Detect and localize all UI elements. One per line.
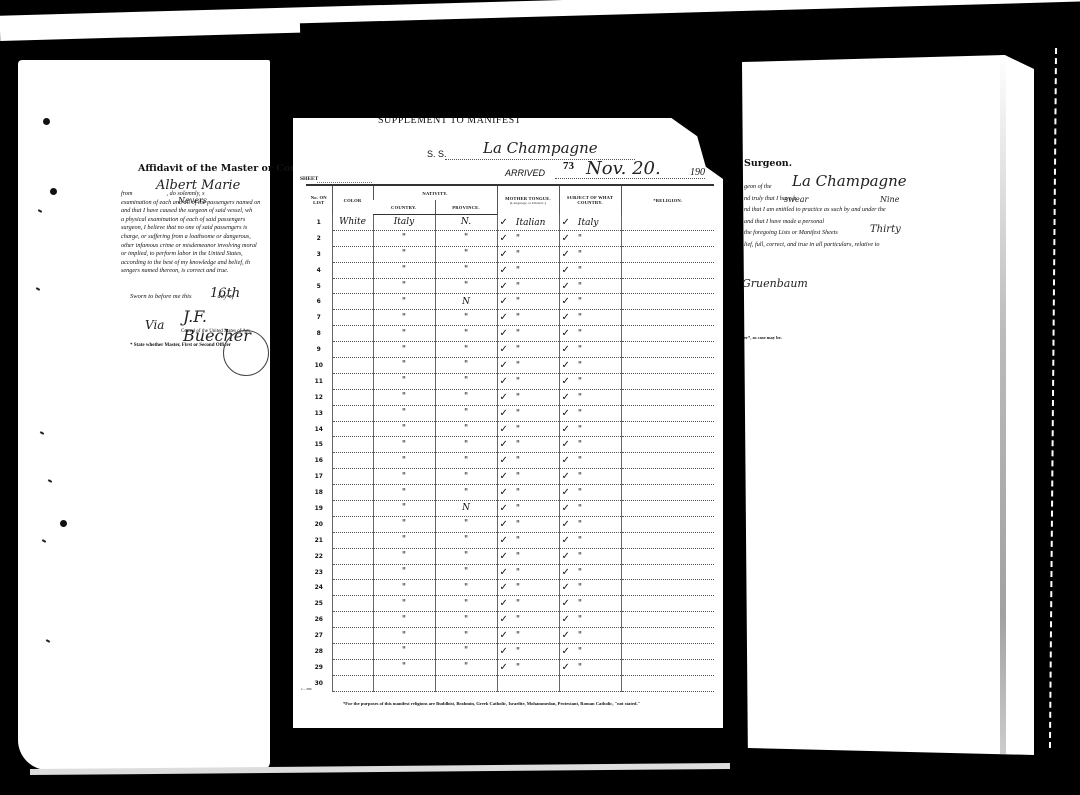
province-cell: " [435,310,497,326]
religion-cell [621,564,714,580]
cell-text: " [516,282,520,292]
check-mark-icon: ✓ [500,455,508,466]
manifest-header: SUPPLEMENT TO MANIFEST [378,115,521,126]
check-mark-icon: ✓ [562,296,570,307]
province-cell: " [435,485,497,501]
province-cell: " [435,278,497,294]
table-row: 5""✓"✓" [306,278,714,294]
color-cell [332,453,373,469]
province-cell: " [435,246,497,262]
color-cell [332,580,373,596]
consular-seal-stamp [223,330,269,376]
speck [46,639,50,643]
check-mark-icon: ✓ [500,582,508,593]
body-line: , do solemnly, s [167,190,205,197]
tongue-cell: ✓" [497,580,559,596]
cell-text: Italian [516,218,545,228]
affidavit-body: from , do solemnly, s examination of eac… [121,190,281,276]
subject-cell: ✓" [559,548,621,564]
row-number: 26 [306,612,332,628]
table-row: 7""✓"✓" [306,310,714,326]
check-mark-icon: ✓ [500,344,508,355]
check-mark-icon: ✓ [562,392,570,403]
check-mark-icon: ✓ [562,249,570,260]
body-line: nd truly that I have b [744,193,934,205]
tongue-cell: ✓" [497,262,559,278]
religion-cell [621,262,714,278]
province-cell: " [435,342,497,358]
table-row: 29""✓"✓" [306,659,714,675]
subject-cell: ✓" [559,564,621,580]
row-number: 14 [306,421,332,437]
officer-note: * State whether Master, First or Second … [130,343,231,348]
religion-cell [621,294,714,310]
check-mark-icon: ✓ [500,646,508,657]
table-row: 14""✓"✓" [306,421,714,437]
cell-text: " [516,409,520,419]
religion-cell [621,548,714,564]
punch-hole [60,520,67,527]
tongue-cell: ✓" [497,246,559,262]
province-cell: " [435,389,497,405]
cell-text: " [578,647,582,657]
subject-cell: ✓" [559,294,621,310]
color-cell [332,246,373,262]
tongue-cell: ✓" [497,342,559,358]
subject-cell: ✓" [559,326,621,342]
row-number: 7 [306,310,332,326]
color-cell [332,262,373,278]
cell-text: " [516,234,520,244]
color-cell [332,389,373,405]
religion-cell [621,230,714,246]
color-cell [332,278,373,294]
color-cell [332,469,373,485]
religion-cell [621,501,714,517]
cell-text: " [578,250,582,260]
cell-text: " [578,615,582,625]
country-cell: " [373,326,435,342]
cell-text: " [578,361,582,371]
country-cell: " [373,373,435,389]
check-mark-icon: ✓ [500,614,508,625]
table-row: 13""✓"✓" [306,405,714,421]
cell-text: " [516,425,520,435]
cell-text: " [516,440,520,450]
table-row: 25""✓"✓" [306,596,714,612]
body-line: and that I have caused the surgeon of sa… [121,207,281,216]
table-row: 16""✓"✓" [306,453,714,469]
punch-hole [43,118,50,125]
country-cell: " [373,596,435,612]
table-row: 21""✓"✓" [306,532,714,548]
check-mark-icon: ✓ [562,455,570,466]
religion-cell [621,358,714,374]
tongue-cell: ✓" [497,358,559,374]
row-number: 4 [306,262,332,278]
check-mark-icon: ✓ [562,471,570,482]
check-mark-icon: ✓ [562,567,570,578]
cell-text: " [578,297,582,307]
passenger-table: No. ON LIST COLOR NATIVITY. MOTHER TONGU… [306,184,714,692]
cell-text: " [516,377,520,387]
check-mark-icon: ✓ [562,598,570,609]
row-number: 1 [306,215,332,231]
color-cell [332,373,373,389]
cell-text: " [578,583,582,593]
body-line: and that I have made a personal [744,216,934,228]
tongue-cell: ✓" [497,405,559,421]
body-line: a physical examination of each of said p… [121,216,281,225]
check-mark-icon: ✓ [500,551,508,562]
country-cell: " [373,310,435,326]
country-cell: " [373,548,435,564]
cell-text: " [578,552,582,562]
table-row: 17""✓"✓" [306,469,714,485]
body-line: surgeon, I believe that no one of said p… [121,224,281,233]
color-cell [332,326,373,342]
check-mark-icon: ✓ [500,535,508,546]
col-province: PROVINCE. [435,200,497,215]
body-line: charge, or suffering from a loathsome or… [121,233,281,242]
check-mark-icon: ✓ [562,424,570,435]
cell-text: " [578,345,582,355]
col-subject-of: SUBJECT OF WHAT COUNTRY. [559,185,621,215]
body-line: geon of the [744,181,934,193]
check-mark-icon: ✓ [500,281,508,292]
tongue-cell: ✓" [497,548,559,564]
cell-text: " [516,552,520,562]
tongue-cell: ✓" [497,644,559,660]
religion-cell [621,310,714,326]
subject-cell: ✓" [559,246,621,262]
surgeon-signature: Gruenbaum [742,277,808,290]
country-cell: " [373,532,435,548]
color-cell [332,644,373,660]
row-number: 10 [306,358,332,374]
check-mark-icon: ✓ [500,598,508,609]
cell-text: " [516,615,520,625]
province-cell: " [435,580,497,596]
check-mark-icon: ✓ [500,217,508,228]
country-cell: " [373,501,435,517]
subject-cell: ✓" [559,485,621,501]
tongue-cell: ✓" [497,612,559,628]
cell-text: " [578,599,582,609]
stamp-number: 73 [563,160,574,172]
country-cell: " [373,659,435,675]
cell-text: " [516,297,520,307]
row-number: 16 [306,453,332,469]
row-number: 6 [306,294,332,310]
province-cell: " [435,326,497,342]
speck [40,431,44,435]
cell-text: " [578,504,582,514]
check-mark-icon: ✓ [562,344,570,355]
form-number: 1—389 [301,687,312,691]
cell-text: " [516,568,520,578]
table-row: 3""✓"✓" [306,246,714,262]
check-mark-icon: ✓ [500,439,508,450]
subject-cell: ✓" [559,278,621,294]
check-mark-icon: ✓ [562,646,570,657]
province-cell: " [435,262,497,278]
cell-text: " [516,504,520,514]
tongue-cell: ✓Italian [497,215,559,231]
province-cell: " [435,405,497,421]
col-color: COLOR [332,185,373,215]
country-cell: " [373,437,435,453]
check-mark-icon: ✓ [500,662,508,673]
province-cell: " [435,659,497,675]
check-mark-icon: ✓ [500,296,508,307]
check-mark-icon: ✓ [500,630,508,641]
subject-cell: ✓" [559,659,621,675]
tongue-cell: ✓" [497,501,559,517]
table-row: 22""✓"✓" [306,548,714,564]
check-mark-icon: ✓ [562,630,570,641]
row-number: 17 [306,469,332,485]
color-cell [332,342,373,358]
row-number: 19 [306,501,332,517]
subject-cell: ✓" [559,469,621,485]
subject-cell: ✓" [559,596,621,612]
row-number: 22 [306,548,332,564]
religion-cell [621,246,714,262]
sheet-underline [317,182,372,183]
table-row: 18""✓"✓" [306,485,714,501]
table-row: 8""✓"✓" [306,326,714,342]
check-mark-icon: ✓ [562,281,570,292]
subject-cell: ✓" [559,628,621,644]
table-row: 20""✓"✓" [306,516,714,532]
cell-text: " [578,377,582,387]
via-annotation: Via [145,318,164,332]
religion-cell [621,628,714,644]
religion-cell [621,326,714,342]
cell-text: " [578,409,582,419]
arrived-date: Nov. 20. [586,158,661,179]
country-cell: " [373,453,435,469]
col-country: COUNTRY. [373,200,435,215]
country-cell: " [373,644,435,660]
table-row: 10""✓"✓" [306,358,714,374]
cell-text: " [578,568,582,578]
row-number: 29 [306,659,332,675]
subject-cell: ✓" [559,501,621,517]
check-mark-icon: ✓ [500,249,508,260]
color-cell [332,564,373,580]
country-cell: " [373,516,435,532]
row-number: 20 [306,516,332,532]
subject-cell: ✓" [559,453,621,469]
cell-text: " [516,599,520,609]
province-cell: " [435,453,497,469]
religion-cell [621,215,714,231]
speck [36,287,40,291]
tongue-cell [497,675,559,691]
tongue-cell: ✓" [497,326,559,342]
body-line: according to the best of my knowledge an… [121,259,281,268]
cell-text: " [516,313,520,323]
tongue-cell: ✓" [497,437,559,453]
religion-cell [621,659,714,675]
sworn-text: Sworn to before me this [130,293,192,300]
table-row: 4""✓"✓" [306,262,714,278]
cell-text: " [578,663,582,673]
check-mark-icon: ✓ [500,312,508,323]
province-cell: " [435,373,497,389]
country-cell: " [373,278,435,294]
subject-cell: ✓" [559,358,621,374]
country-cell: " [373,230,435,246]
body-line: lief, full, correct, and true in all par… [744,239,934,251]
tongue-cell: ✓" [497,628,559,644]
cell-text: " [516,329,520,339]
color-cell [332,532,373,548]
col-mother-tongue: MOTHER TONGUE. (Language or Dialect.) [497,185,559,215]
color-cell [332,596,373,612]
arrived-label: ARRIVED [505,168,545,178]
cell-text: " [578,313,582,323]
country-cell: " [373,405,435,421]
tongue-cell: ✓" [497,485,559,501]
body-line: sengers named thereon, is correct and tr… [121,267,281,276]
tongue-cell: ✓" [497,564,559,580]
color-cell [332,516,373,532]
color-cell [332,294,373,310]
color-cell [332,501,373,517]
subject-cell: ✓" [559,230,621,246]
tongue-cell: ✓" [497,389,559,405]
subject-cell: ✓" [559,389,621,405]
check-mark-icon: ✓ [562,233,570,244]
cell-text: " [578,425,582,435]
color-cell [332,421,373,437]
ss-label: S. S. [427,149,447,159]
check-mark-icon: ✓ [500,487,508,498]
row-number: 11 [306,373,332,389]
cell-text: " [578,520,582,530]
affidavit-title: Affidavit of the Master or Com [138,163,300,174]
check-mark-icon: ✓ [562,487,570,498]
check-mark-icon: ✓ [500,519,508,530]
cell-text: " [516,266,520,276]
sworn-day: 16th [210,286,240,301]
check-mark-icon: ✓ [562,439,570,450]
table-row: 24""✓"✓" [306,580,714,596]
cell-text: " [516,250,520,260]
subject-cell [559,675,621,691]
page-fold-shadow [1000,55,1006,755]
color-cell: White [332,215,373,231]
country-cell: " [373,262,435,278]
cell-text: " [516,647,520,657]
check-mark-icon: ✓ [500,408,508,419]
check-mark-icon: ✓ [500,376,508,387]
tongue-cell: ✓" [497,230,559,246]
country-cell [373,675,435,691]
religion-cell [621,485,714,501]
cell-text: " [578,631,582,641]
check-mark-icon: ✓ [562,265,570,276]
check-mark-icon: ✓ [500,471,508,482]
check-mark-icon: ✓ [500,424,508,435]
row-number: 9 [306,342,332,358]
cell-text: " [516,536,520,546]
country-cell: " [373,389,435,405]
punch-hole [50,188,57,195]
table-row: 6"N✓"✓" [306,294,714,310]
row-number: 21 [306,532,332,548]
row-number: 24 [306,580,332,596]
body-line: other infamous crime or misdemeanor invo… [121,242,281,251]
province-cell: " [435,612,497,628]
check-mark-icon: ✓ [562,503,570,514]
body-line: nd that I am entitled to practice as suc… [744,204,934,216]
row-number: 27 [306,628,332,644]
table-row: 15""✓"✓" [306,437,714,453]
color-cell [332,485,373,501]
tongue-cell: ✓" [497,421,559,437]
color-cell [332,405,373,421]
table-row: 1WhiteItalyN.✓Italian✓Italy [306,215,714,231]
country-cell: " [373,628,435,644]
table-row: 28""✓"✓" [306,644,714,660]
sheet-label: SHEET [300,176,318,182]
color-cell [332,358,373,374]
col-no-on-list: No. ON LIST [306,185,332,215]
film-sprocket-edge [1049,48,1057,748]
subject-cell: ✓" [559,421,621,437]
province-cell: " [435,516,497,532]
subject-cell: ✓" [559,405,621,421]
country-cell: " [373,294,435,310]
country-cell: " [373,358,435,374]
province-cell: " [435,469,497,485]
tongue-cell: ✓" [497,310,559,326]
cell-text: " [516,631,520,641]
subject-cell: ✓Italy [559,215,621,231]
country-cell: " [373,564,435,580]
table-row: 11""✓"✓" [306,373,714,389]
row-number: 13 [306,405,332,421]
row-number: 12 [306,389,332,405]
row-number: 15 [306,437,332,453]
surgeon-body: geon of the nd truly that I have b nd th… [744,181,934,250]
province-cell: " [435,421,497,437]
row-number: 5 [306,278,332,294]
subject-cell: ✓" [559,516,621,532]
body-line: the foregoing Lists or Manifest Sheets [744,227,934,239]
province-cell: " [435,644,497,660]
surgeon-title: Surgeon. [744,158,792,169]
table-row: 26""✓"✓" [306,612,714,628]
color-cell [332,310,373,326]
country-cell: " [373,421,435,437]
ship-name: La Champagne [483,139,598,157]
cell-text: " [516,663,520,673]
religion-cell [621,278,714,294]
religion-cell [621,612,714,628]
case-note: er*, as case may be. [744,335,782,340]
cell-text: " [578,440,582,450]
manifest-sheet: SUPPLEMENT TO MANIFEST S. S. La Champagn… [293,118,723,728]
check-mark-icon: ✓ [562,614,570,625]
religion-cell [621,596,714,612]
table-row: 23""✓"✓" [306,564,714,580]
row-number: 25 [306,596,332,612]
